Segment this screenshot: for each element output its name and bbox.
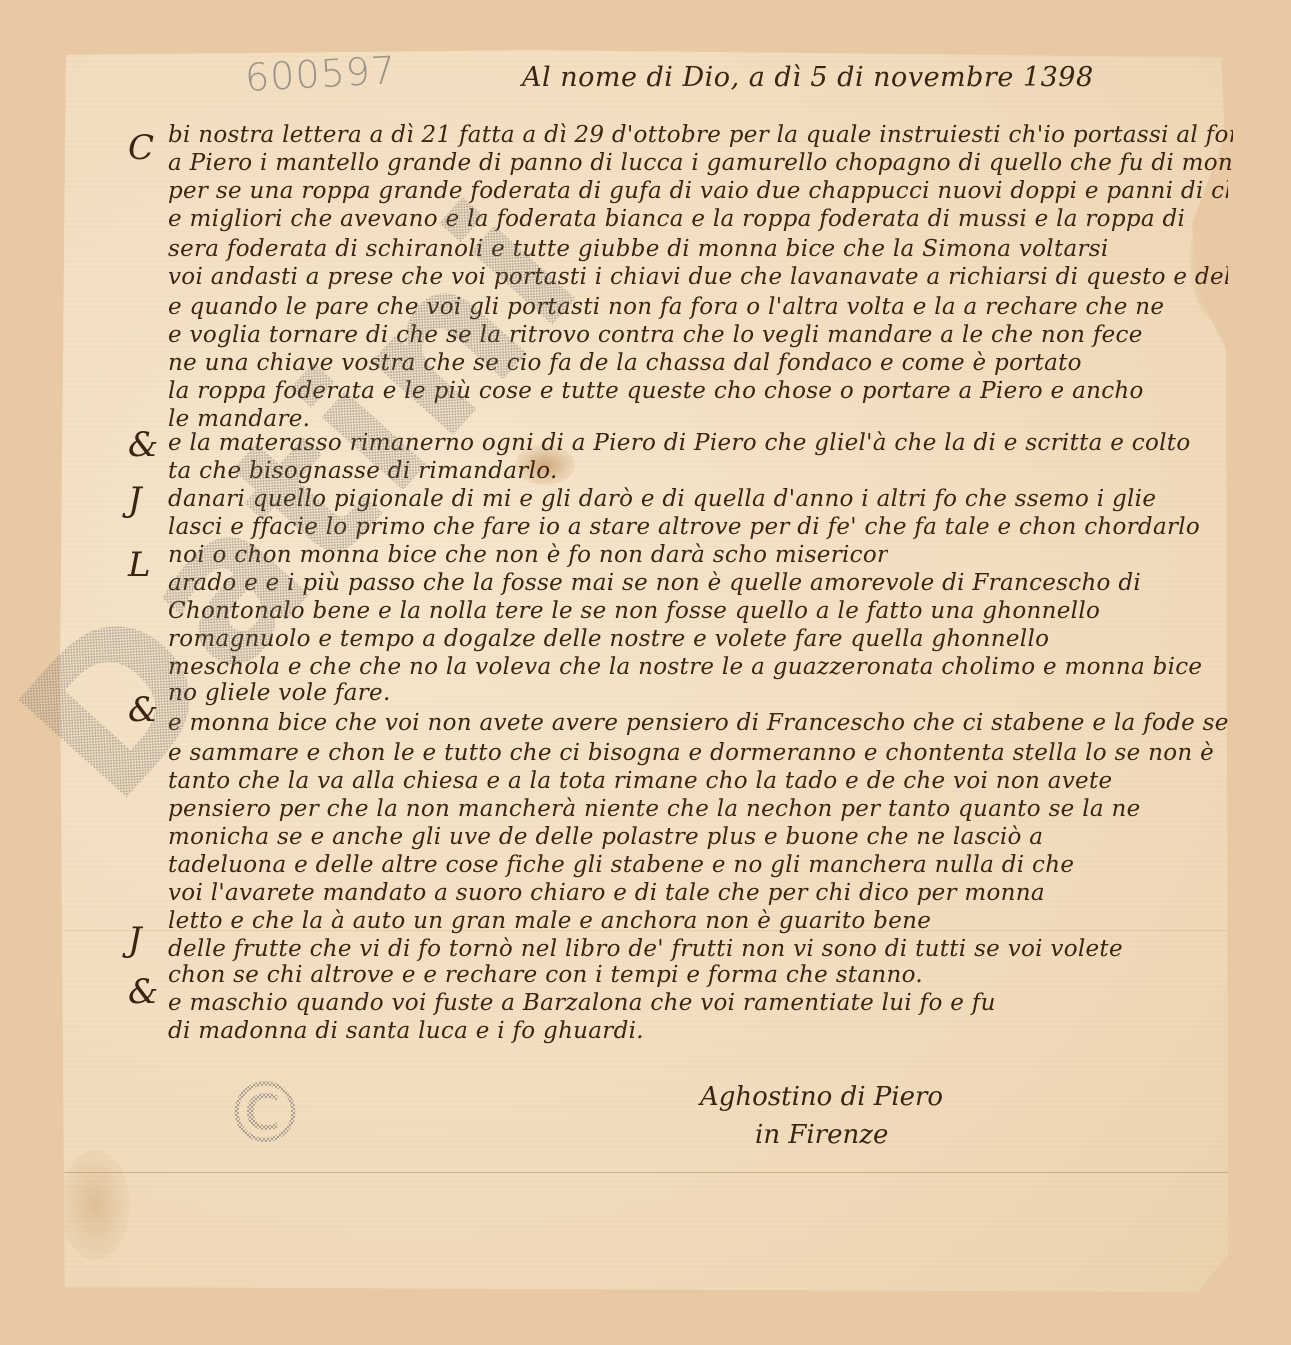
text-line: tanto che la va alla chiesa e a la tota …: [168, 768, 1228, 798]
text-line: a Piero i mantello grande di panno di lu…: [168, 150, 1233, 180]
text-line: voi andasti a prese che voi portasti i c…: [168, 264, 1228, 294]
text-line: e migliori che avevano e la foderata bia…: [168, 206, 1228, 236]
text-line: e sammare e chon le e tutto che ci bisog…: [168, 740, 1228, 770]
text-line: sera foderata di schiranoli e tutte giub…: [168, 236, 1223, 266]
paper-fold-line: [60, 1172, 1233, 1173]
archive-number: 600597: [244, 48, 397, 100]
text-line: di madonna di santa luca e i fo ghuardi.: [168, 1018, 788, 1048]
text-line: e maschio quando voi fuste a Barzalona c…: [168, 990, 1228, 1020]
text-line: tadeluona e delle altre cose fiche gli s…: [168, 852, 1228, 882]
paragraph-marker: &: [128, 972, 158, 1012]
letter-heading: Al nome di Dio, a dì 5 di novembre 1398: [522, 62, 1094, 93]
paper-stain: [60, 1150, 130, 1260]
text-line: voi l'avarete mandato a suoro chiaro e d…: [168, 880, 1208, 910]
text-line: letto e che la à auto un gran male e anc…: [168, 908, 1108, 938]
text-line: monicha se e anche gli uve de delle pola…: [168, 824, 1228, 854]
text-line: e monna bice che voi non avete avere pen…: [168, 710, 1228, 740]
copyright-icon: ©: [223, 1064, 307, 1162]
text-line: chon se chi altrove e e rechare con i te…: [168, 962, 1178, 992]
text-line: pensiero per che la non mancherà niente …: [168, 796, 1228, 826]
text-line: per se una roppa grande foderata di gufa…: [168, 178, 1228, 208]
paragraph-marker: J: [128, 920, 142, 960]
paragraph-marker: C: [128, 128, 154, 168]
text-line: bi nostra lettera a dì 21 fatta a dì 29 …: [168, 122, 1233, 152]
signature-place: in Firenze: [755, 1120, 888, 1150]
signature-name: Aghostino di Piero: [700, 1082, 943, 1112]
paragraph-marker: &: [128, 425, 158, 465]
